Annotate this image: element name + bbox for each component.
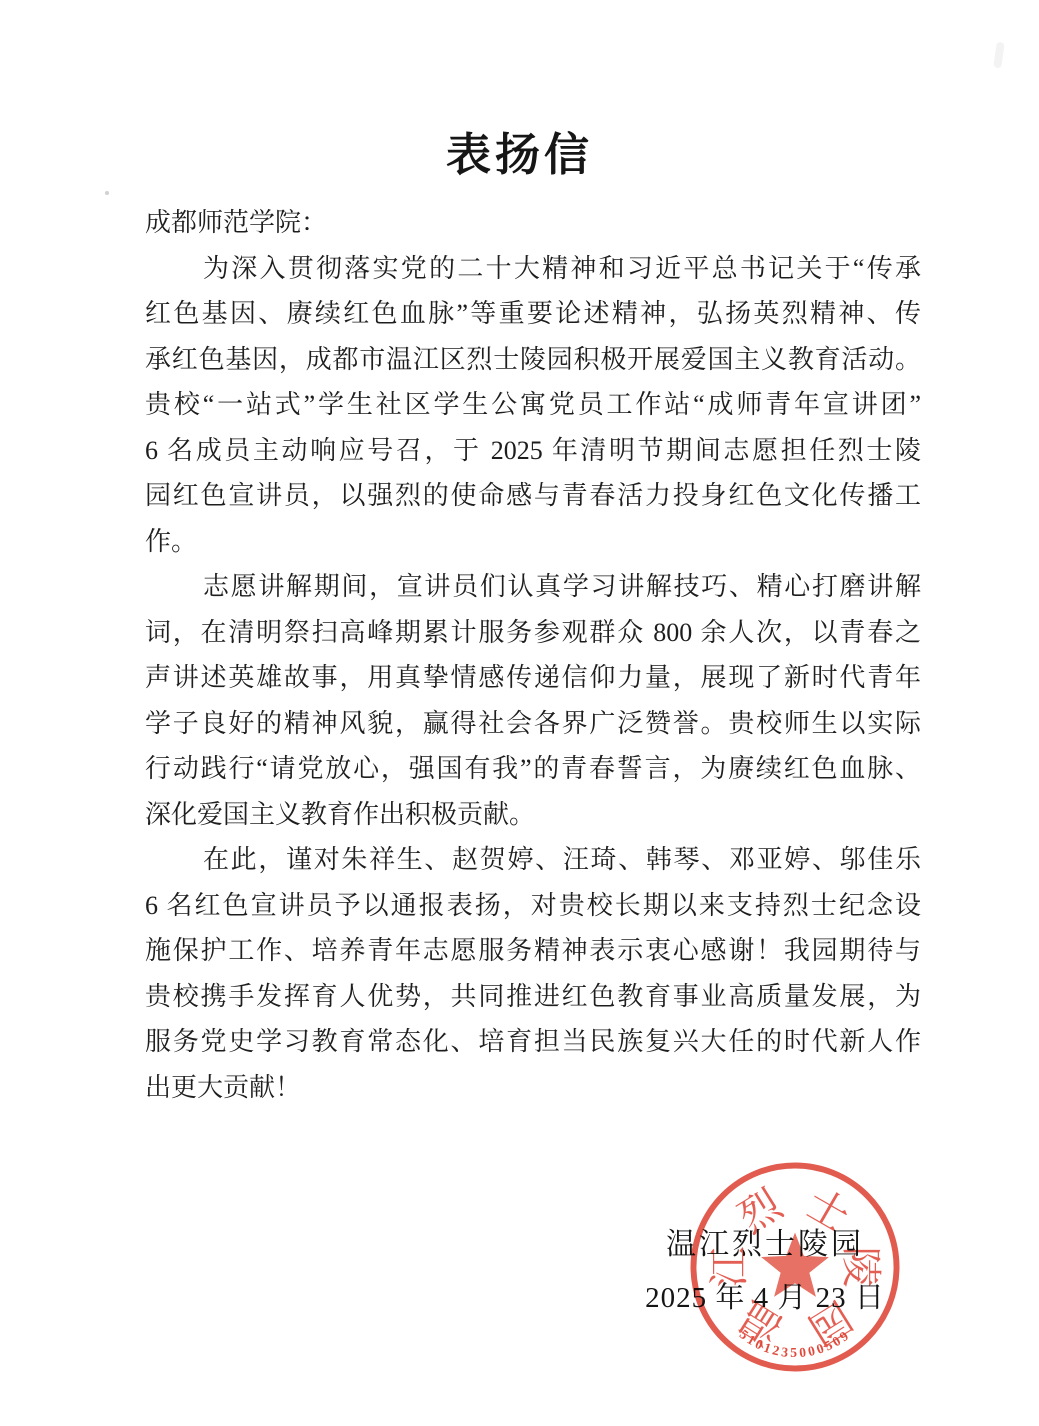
body-line: 学子良好的精神风貌，赢得社会各界广泛赞誉。贵校师生以实际	[145, 701, 921, 747]
letter-page: 表扬信 成都师范学院： 为深入贯彻落实党的二十大精神和习近平总书记关于“传承红色…	[0, 0, 1039, 1426]
seal-ring-char: 陵	[838, 1246, 884, 1287]
body-line: 作。	[145, 519, 921, 565]
seal-star-icon	[761, 1232, 829, 1296]
body-line: 6 名成员主动响应号召，于 2025 年清明节期间志愿担任烈士陵	[145, 428, 921, 474]
body-line: 为深入贯彻落实党的二十大精神和习近平总书记关于“传承	[145, 246, 921, 292]
body-line: 志愿讲解期间，宣讲员们认真学习讲解技巧、精心打磨讲解	[145, 564, 921, 610]
body-line: 贵校携手发挥育人优势，共同推进红色教育事业高质量发展，为	[145, 974, 921, 1020]
letter-body: 成都师范学院： 为深入贯彻落实党的二十大精神和习近平总书记关于“传承红色基因、赓…	[145, 200, 921, 1110]
salutation: 成都师范学院：	[145, 200, 921, 246]
body-line: 出更大贡献！	[145, 1065, 921, 1111]
body-line: 在此，谨对朱祥生、赵贺婷、汪琦、韩琴、邓亚婷、邬佳乐	[145, 837, 921, 883]
seal-ring-char: 烈	[731, 1180, 791, 1241]
scan-artifact-smudge	[993, 42, 1005, 69]
scan-artifact-dot	[105, 191, 109, 195]
body-line: 深化爱国主义教育作出积极贡献。	[145, 792, 921, 838]
body-line: 服务党史学习教育常态化、培育担当民族复兴大任的时代新人作	[145, 1019, 921, 1065]
body-line: 承红色基因，成都市温江区烈士陵园积极开展爱国主义教育活动。	[145, 337, 921, 383]
page-title: 表扬信	[0, 118, 1039, 183]
body-line: 行动践行“请党放心，强国有我”的青春誓言，为赓续红色血脉、	[145, 746, 921, 792]
seal-ring-char: 士	[799, 1180, 858, 1240]
body-line: 贵校“一站式”学生社区学生公寓党员工作站“成师青年宣讲团”	[145, 382, 921, 428]
body-line: 施保护工作、培养青年志愿服务精神表示衷心感谢！我园期待与	[145, 928, 921, 974]
body-line: 声讲述英雄故事，用真挚情感传递信仰力量，展现了新时代青年	[145, 655, 921, 701]
body-line: 6 名红色宣讲员予以通报表扬，对贵校长期以来支持烈士纪念设	[145, 883, 921, 929]
body-line: 红色基因、赓续红色血脉”等重要论述精神，弘扬英烈精神、传	[145, 291, 921, 337]
body-line: 园红色宣讲员，以强烈的使命感与青春活力投身红色文化传播工	[145, 473, 921, 519]
official-seal-stamp: 5101235000509 温江烈士陵园	[687, 1159, 903, 1375]
body-line: 词，在清明祭扫高峰期累计服务参观群众 800 余人次，以青春之	[145, 610, 921, 656]
seal-ring-char: 江	[706, 1246, 752, 1287]
